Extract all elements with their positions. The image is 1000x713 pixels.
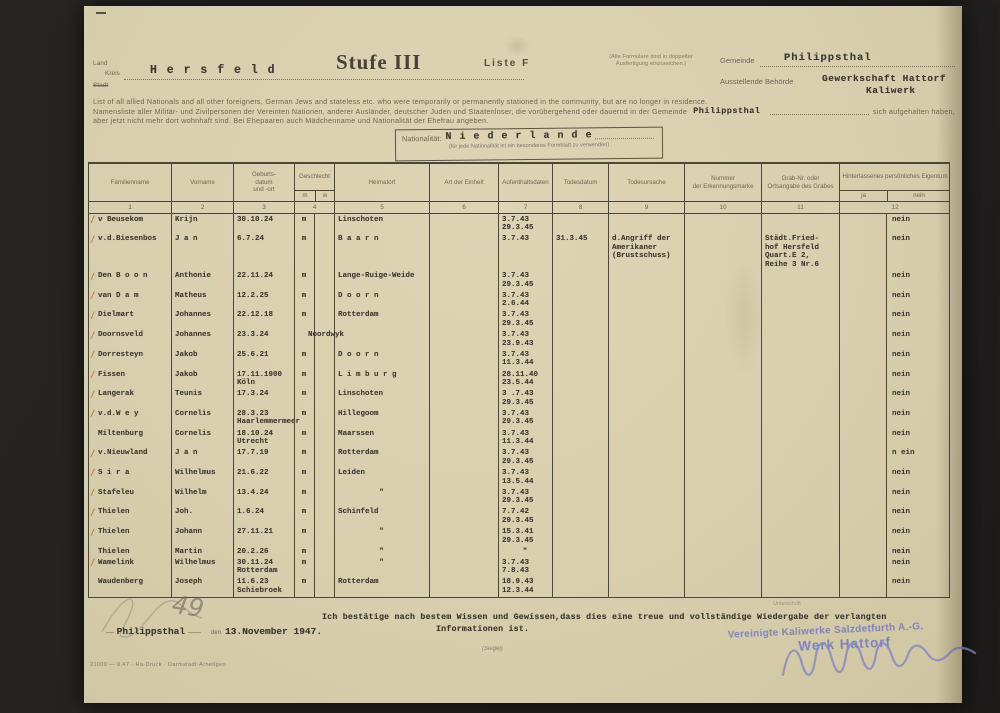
cell-nein: nein	[886, 290, 950, 310]
cell-geb: 22.12.18	[233, 310, 294, 330]
cell-grab	[761, 487, 839, 507]
intro-german-line3: aber jetzt nicht mehr dort wohnhaft sind…	[93, 116, 955, 126]
land-label: Land	[93, 60, 107, 67]
cell-geb: 18.10.24 Utrecht	[233, 428, 294, 448]
geschlecht-subheader: m w	[295, 190, 334, 201]
cell-ja	[839, 310, 886, 330]
cell-name: Doornsveld	[89, 330, 171, 350]
cell-name: v.d.Biesenbos	[89, 234, 171, 271]
colnum-12: 12	[839, 202, 950, 213]
cell-geb: 12.2.25	[233, 290, 294, 310]
cell-vorname: J a n	[171, 448, 233, 468]
cell-w	[314, 487, 334, 507]
cell-name: Thielen	[89, 546, 171, 557]
printer-imprint: 21000 — 9.47 · Ha-Druck · Darmstadt-Arhe…	[90, 662, 226, 668]
cell-nein: nein	[886, 408, 950, 428]
cell-einheit	[429, 487, 498, 507]
cell-einheit	[429, 290, 498, 310]
dash-left: ·—·	[105, 629, 114, 636]
behoerde-value-2: Kaliwerk	[866, 85, 916, 96]
cell-marke	[684, 349, 761, 369]
cell-marke	[684, 330, 761, 350]
cell-vorname: Wilhelmus	[171, 467, 233, 487]
surname-text: v.d.Biesenbos	[98, 235, 157, 243]
col-erkennungsmarke: Nummer der Erkennungsmarke	[684, 164, 761, 201]
cell-heimat: Rotterdam	[334, 448, 429, 468]
cell-vorname: J a n	[171, 234, 233, 271]
surname-text: Dielmart	[98, 311, 134, 319]
geschlecht-label: Geschlecht	[295, 164, 334, 190]
persons-table: Familienname Vorname Geburts- datum und …	[88, 162, 950, 598]
surname-text: Stafeleu	[98, 489, 134, 497]
cell-heimat: L i m b u r g	[334, 369, 429, 389]
cell-heimat: "	[334, 546, 429, 557]
cell-einheit	[429, 527, 498, 547]
cell-tod	[552, 546, 608, 557]
cell-nein: nein	[886, 310, 950, 330]
cell-ja	[839, 448, 886, 468]
cell-name: Dielmart	[89, 310, 171, 330]
cell-m: m	[294, 369, 314, 389]
cell-tod	[552, 389, 608, 409]
colnum-3: 3	[233, 202, 294, 213]
table-row: ThielenJoh.1.6.24mSchinfeld7.7.42 29.3.4…	[89, 507, 949, 527]
colnum-9: 9	[608, 202, 684, 213]
col-familienname: Familienname	[89, 164, 171, 201]
cell-aufenthalt: 3 .7.43 29.3.45	[498, 389, 552, 409]
liste-label: Liste F	[484, 58, 530, 69]
colnum-5: 5	[334, 202, 429, 213]
cell-ja	[839, 271, 886, 291]
dash-right: ——	[188, 629, 200, 636]
cell-nein: nein	[886, 507, 950, 527]
cell-w	[314, 408, 334, 428]
cell-w	[314, 369, 334, 389]
cell-tod	[552, 428, 608, 448]
surname-text: Thielen	[98, 548, 130, 556]
cell-nein: nein	[886, 330, 950, 350]
gemeinde-label: Gemeinde	[720, 56, 755, 65]
surname-text: van D a m	[98, 292, 139, 300]
cell-name: Stafeleu	[89, 487, 171, 507]
cell-grab	[761, 290, 839, 310]
place-value: Philippsthal	[117, 626, 185, 637]
cell-marke	[684, 214, 761, 234]
cell-vorname: Johannes	[171, 330, 233, 350]
cell-ja	[839, 428, 886, 448]
cell-heimat: D o o r n	[334, 290, 429, 310]
corner-mark	[96, 12, 106, 14]
cell-heimat: Leiden	[334, 467, 429, 487]
form-title: Stufe III	[336, 50, 421, 75]
table-body: v BeusekomKrijn30.10.24mLinschoten3.7.43…	[89, 213, 949, 597]
cell-nein: nein	[886, 271, 950, 291]
cell-einheit	[429, 557, 498, 577]
cell-w	[314, 546, 334, 557]
nationality-label: Nationalität:	[402, 134, 442, 143]
cell-nein: nein	[886, 389, 950, 409]
cell-ursache	[608, 507, 684, 527]
cell-geb: 28.3.23 Haarlemmermeer	[233, 408, 294, 428]
cell-einheit	[429, 369, 498, 389]
cell-einheit	[429, 428, 498, 448]
place-date-line: ·—· Philippsthal —— den 13.November 1947…	[102, 626, 322, 637]
cell-grab	[761, 507, 839, 527]
cell-marke	[684, 527, 761, 547]
cell-grab	[761, 330, 839, 350]
colnum-8: 8	[552, 202, 608, 213]
cell-name: Thielen	[89, 527, 171, 547]
cell-name: Wamelink	[89, 557, 171, 577]
cell-w	[314, 467, 334, 487]
cell-ursache	[608, 214, 684, 234]
cell-m: m	[294, 507, 314, 527]
date-value: 13.November 1947.	[225, 626, 322, 637]
eigentum-label: Hinterlassenes persönliches Eigentum	[840, 164, 950, 190]
cell-nein: n ein	[886, 448, 950, 468]
cell-vorname: Cornelis	[171, 428, 233, 448]
colnum-2: 2	[171, 202, 233, 213]
cell-nein: nein	[886, 428, 950, 448]
table-header: Familienname Vorname Geburts- datum und …	[89, 164, 949, 201]
nationality-note: (für jede Nationalität ist ein besondere…	[402, 142, 656, 151]
cell-einheit	[429, 271, 498, 291]
cell-aufenthalt: 3.7.43 29.3.45	[498, 310, 552, 330]
table-row: StafeleuWilhelm13.4.24m"3.7.43 29.3.45ne…	[89, 487, 949, 507]
table-row: WamelinkWilhelmus30.11.24 Rotterdamm"3.7…	[89, 557, 949, 577]
cell-name: Thielen	[89, 507, 171, 527]
kreis-label: Kreis	[105, 70, 120, 77]
cell-heimat: "	[334, 487, 429, 507]
document-page: Land Kreis Stadt H e r s f e l d Stufe I…	[84, 6, 962, 703]
cell-ursache	[608, 369, 684, 389]
surname-text: v Beusekom	[98, 216, 143, 224]
cell-ursache	[608, 389, 684, 409]
surname-text: Dorresteyn	[98, 351, 143, 359]
cell-w	[314, 577, 334, 597]
cell-heimat: Rotterdam	[334, 577, 429, 597]
cell-w	[314, 214, 334, 234]
cell-tod	[552, 577, 608, 597]
cell-vorname: Martin	[171, 546, 233, 557]
col-einheit: Art der Einheit	[429, 164, 498, 201]
cell-geb: 22.11.24	[233, 271, 294, 291]
colnum-6: 6	[429, 202, 498, 213]
cell-ja	[839, 369, 886, 389]
cell-ursache	[608, 467, 684, 487]
cell-w	[314, 428, 334, 448]
surname-text: S i r a	[98, 469, 130, 477]
col-grab: Grab-Nr. oder Ortsangabe des Grabes	[761, 164, 839, 201]
cell-ja	[839, 389, 886, 409]
den-label: den	[211, 630, 221, 636]
scan-background: Land Kreis Stadt H e r s f e l d Stufe I…	[0, 0, 1000, 713]
cell-m: m	[294, 310, 314, 330]
table-row: LangerakTeunis17.3.24mLinschoten3 .7.43 …	[89, 389, 949, 409]
paper-stain	[504, 36, 530, 56]
cell-einheit	[429, 577, 498, 597]
cell-ursache	[608, 577, 684, 597]
cell-m: m	[294, 349, 314, 369]
cell-heimat: Schinfeld	[334, 507, 429, 527]
siegel-label: (Siegel)	[482, 646, 503, 652]
cell-w	[314, 271, 334, 291]
cell-grab	[761, 577, 839, 597]
cell-grab	[761, 467, 839, 487]
cell-marke	[684, 428, 761, 448]
cell-aufenthalt: 3.7.43 29.3.45	[498, 271, 552, 291]
cell-aufenthalt: 3.7.43 29.3.45	[498, 214, 552, 234]
cell-marke	[684, 271, 761, 291]
cell-grab	[761, 408, 839, 428]
cell-ursache	[608, 408, 684, 428]
cell-tod	[552, 527, 608, 547]
cell-vorname: Wilhelmus	[171, 557, 233, 577]
cell-ja	[839, 527, 886, 547]
table-row: v BeusekomKrijn30.10.24mLinschoten3.7.43…	[89, 214, 949, 234]
copies-note: (Alle Formulare sind in doppelter Ausfer…	[581, 54, 721, 68]
table-row: FissenJakob17.11.1900 KölnmL i m b u r g…	[89, 369, 949, 389]
cell-tod	[552, 369, 608, 389]
cell-geb: 20.2.26	[233, 546, 294, 557]
cell-grab	[761, 214, 839, 234]
nationality-dotted-line	[595, 131, 654, 140]
table-row: van D a mMatheus12.2.25mD o o r n3.7.43 …	[89, 290, 949, 310]
cell-m: m	[294, 448, 314, 468]
cell-ja	[839, 557, 886, 577]
sub-w: w	[315, 191, 334, 201]
cell-tod: 31.3.45	[552, 234, 608, 271]
cell-ja	[839, 487, 886, 507]
cell-m: m	[294, 290, 314, 310]
intro-german-end: sich aufgehalten haben,	[873, 107, 955, 117]
cell-heimat: Maarssen	[334, 428, 429, 448]
table-row: DorresteynJakob25.6.21mD o o r n3.7.43 1…	[89, 349, 949, 369]
cell-geb: 23.3.24	[233, 330, 294, 350]
table-row: DielmartJohannes22.12.18mRotterdam3.7.43…	[89, 310, 949, 330]
col-todesursache: Todesursache	[608, 164, 684, 201]
nationality-value: N i e d e r l a n d e	[445, 130, 592, 143]
cell-ursache	[608, 428, 684, 448]
cell-einheit	[429, 546, 498, 557]
col-geschlecht: Geschlecht m w	[294, 164, 334, 201]
cell-heimat: Hillegoom	[334, 408, 429, 428]
col-aufenthaltsdaten: Aufenthaltsdaten	[498, 164, 552, 201]
cell-w	[314, 290, 334, 310]
cell-heimat: "	[334, 557, 429, 577]
cell-vorname: Jakob	[171, 369, 233, 389]
cell-marke	[684, 290, 761, 310]
intro-german-line: Namensliste aller Militär- und Zivilpers…	[93, 107, 955, 117]
cell-einheit	[429, 349, 498, 369]
cell-heimat: Linschoten	[334, 214, 429, 234]
cell-heimat: Lange-Ruige-Weide	[334, 271, 429, 291]
col-eigentum: Hinterlassenes persönliches Eigentum ja …	[839, 164, 950, 201]
surname-text: Thielen	[98, 528, 130, 536]
cell-marke	[684, 234, 761, 271]
cell-marke	[684, 487, 761, 507]
cell-vorname: Jakob	[171, 349, 233, 369]
cell-aufenthalt: 3.7.43 11.3.44	[498, 428, 552, 448]
cell-nein: nein	[886, 234, 950, 271]
cell-tod	[552, 408, 608, 428]
cell-geb: 17.3.24	[233, 389, 294, 409]
gemeinde-value: Philippsthal	[784, 52, 872, 64]
colnum-11: 11	[761, 202, 839, 213]
surname-text: Fissen	[98, 371, 125, 379]
behoerde-value-1: Gewerkschaft Hattorf	[822, 73, 946, 84]
cell-marke	[684, 557, 761, 577]
cell-ursache	[608, 290, 684, 310]
cell-ursache	[608, 330, 684, 350]
cell-einheit	[429, 310, 498, 330]
cell-heimat: Rotterdam	[334, 310, 429, 330]
cell-marke	[684, 546, 761, 557]
cell-einheit	[429, 330, 498, 350]
cell-aufenthalt: 7.7.42 29.3.45	[498, 507, 552, 527]
cell-marke	[684, 389, 761, 409]
cell-tod	[552, 290, 608, 310]
behoerde-label: Ausstellende Behörde	[720, 77, 793, 86]
cell-marke	[684, 310, 761, 330]
cell-m: m	[294, 577, 314, 597]
eigentum-subheader: ja nein	[840, 190, 950, 201]
cell-vorname: Matheus	[171, 290, 233, 310]
cell-vorname: Teunis	[171, 389, 233, 409]
cell-grab	[761, 546, 839, 557]
cell-einheit	[429, 507, 498, 527]
cell-nein: nein	[886, 557, 950, 577]
table-row: DoornsveldJohannes23.3.24Noordwyk3.7.43 …	[89, 330, 949, 350]
surname-text: v.d.W e y	[98, 410, 139, 418]
cell-name: van D a m	[89, 290, 171, 310]
cell-ursache	[608, 487, 684, 507]
colnum-10: 10	[684, 202, 761, 213]
intro-dotted-fill	[770, 114, 869, 115]
cell-m: m	[294, 271, 314, 291]
intro-paragraph: List of all allied Nationals and all oth…	[93, 97, 955, 126]
cell-nein: nein	[886, 214, 950, 234]
cell-aufenthalt: 3.7.43 13.5.44	[498, 467, 552, 487]
cell-name: Fissen	[89, 369, 171, 389]
cell-grab	[761, 448, 839, 468]
cell-nein: nein	[886, 487, 950, 507]
sub-ja: ja	[840, 191, 887, 201]
cell-name: v.Nieuwland	[89, 448, 171, 468]
table-row: S i r aWilhelmus21.6.22mLeiden3.7.43 13.…	[89, 467, 949, 487]
cell-ja	[839, 507, 886, 527]
cell-m: m	[294, 214, 314, 234]
cell-ja	[839, 330, 886, 350]
cell-m: m	[294, 557, 314, 577]
cell-name: S i r a	[89, 467, 171, 487]
cell-tod	[552, 310, 608, 330]
cell-name: Langerak	[89, 389, 171, 409]
cell-tod	[552, 448, 608, 468]
cell-vorname: Krijn	[171, 214, 233, 234]
cell-grab: Städt.Fried- hof Hersfeld Quart.E 2, Rei…	[761, 234, 839, 271]
cell-w	[314, 448, 334, 468]
cell-aufenthalt: 3.7.43 29.3.45	[498, 487, 552, 507]
cell-einheit	[429, 448, 498, 468]
cell-m: m	[294, 408, 314, 428]
cell-grab	[761, 271, 839, 291]
intro-gemeinde-value: Philippsthal	[693, 107, 760, 117]
sub-m: m	[295, 191, 315, 201]
cell-marke	[684, 408, 761, 428]
col-todesdatum: Todesdatum	[552, 164, 608, 201]
col-heimatort: Heimatort	[334, 164, 429, 201]
cell-name: v Beusekom	[89, 214, 171, 234]
surname-text: Thielen	[98, 508, 130, 516]
cell-m: m	[294, 389, 314, 409]
cell-name: Dorresteyn	[89, 349, 171, 369]
cell-vorname: Joh.	[171, 507, 233, 527]
cell-grab	[761, 557, 839, 577]
cell-geb: 30.11.24 Rotterdam	[233, 557, 294, 577]
column-numbers: 1 2 3 4 5 6 7 8 9 10 11 12	[89, 201, 949, 213]
table-row: ThielenMartin20.2.26m""nein	[89, 546, 949, 557]
surname-text: Den B o o n	[98, 272, 148, 280]
intro-german-text: Namensliste aller Militär- und Zivilpers…	[93, 107, 687, 117]
table-row: ThielenJohann27.11.21m"15.3.41 29.3.45ne…	[89, 527, 949, 547]
cell-nein: nein	[886, 349, 950, 369]
cell-nein: nein	[886, 577, 950, 597]
surname-text: Wamelink	[98, 559, 134, 567]
table-row: v.d.W e yCornelis28.3.23 Haarlemmermeerm…	[89, 408, 949, 428]
cell-w	[314, 389, 334, 409]
cell-geb: 17.11.1900 Köln	[233, 369, 294, 389]
cell-marke	[684, 369, 761, 389]
cell-ja	[839, 408, 886, 428]
col-vorname: Vorname	[171, 164, 233, 201]
cell-tod	[552, 557, 608, 577]
cell-vorname: Cornelis	[171, 408, 233, 428]
cell-ursache	[608, 448, 684, 468]
cell-vorname: Anthonie	[171, 271, 233, 291]
cell-aufenthalt: 3.7.43	[498, 234, 552, 271]
cell-aufenthalt: 28.11.40 23.5.44	[498, 369, 552, 389]
cell-m: m	[294, 487, 314, 507]
cell-geb: 30.10.24	[233, 214, 294, 234]
cell-geb: 13.4.24	[233, 487, 294, 507]
cell-grab	[761, 527, 839, 547]
surname-text: Miltenburg	[98, 430, 143, 438]
cell-tod	[552, 487, 608, 507]
surname-text: v.Nieuwland	[98, 449, 148, 457]
cell-geb: 6.7.24	[233, 234, 294, 271]
cell-tod	[552, 507, 608, 527]
cell-heimat: Linschoten	[334, 389, 429, 409]
cell-aufenthalt: 15.3.41 29.3.45	[498, 527, 552, 547]
cell-einheit	[429, 467, 498, 487]
sub-nein: nein	[887, 191, 950, 201]
cell-vorname: Wilhelm	[171, 487, 233, 507]
cell-ursache: d.Angriff der Amerikaner (Brustschuss)	[608, 234, 684, 271]
cell-geb: 17.7.19	[233, 448, 294, 468]
colnum-1: 1	[89, 202, 171, 213]
surname-text: Langerak	[98, 390, 134, 398]
cell-marke	[684, 448, 761, 468]
cell-m: m	[294, 428, 314, 448]
cell-w	[314, 234, 334, 271]
cell-heimat: D o o r n	[334, 349, 429, 369]
cell-m: m	[294, 467, 314, 487]
cell-tod	[552, 330, 608, 350]
cell-marke	[684, 467, 761, 487]
cell-grab	[761, 428, 839, 448]
handwritten-signature	[775, 624, 1000, 692]
